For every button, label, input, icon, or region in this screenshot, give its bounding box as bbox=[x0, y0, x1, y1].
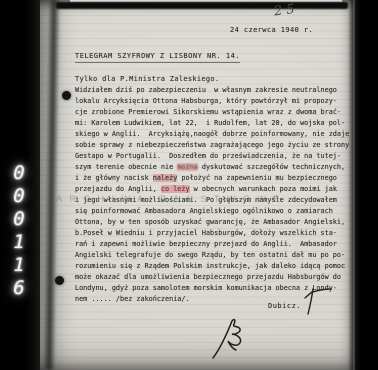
frame-digit: 6 bbox=[5, 277, 33, 300]
film-left-margin: 000116 bbox=[0, 0, 40, 370]
body-text: dyskutować szczegółów technicznych, bbox=[198, 163, 345, 171]
handwritten-paraph bbox=[298, 285, 334, 317]
body-text: cje zrobione Premierowi Sikorskiemu wstą… bbox=[75, 108, 341, 116]
body-line: Gestapo w Portugalii. Doszedłem do prześ… bbox=[75, 151, 351, 162]
punch-hole-top bbox=[62, 91, 71, 100]
body-line: lokalu Arcyksięcia Ottona Habsburga, któ… bbox=[75, 96, 351, 107]
frame-digit: 0 bbox=[5, 208, 33, 231]
frame-number-vertical: 000116 bbox=[5, 162, 33, 300]
signature-name: Dubicz. bbox=[268, 302, 301, 310]
body-text: rozumieniu się z Rządem Polskim instrukc… bbox=[75, 262, 345, 270]
body-text: sobie sprawy z niebezpieczeństwa zagraża… bbox=[75, 141, 349, 149]
date-line: 24 czerwca 1940 r. bbox=[230, 26, 313, 34]
body-text: Angielski telegrafuje do swego Rządu, by… bbox=[75, 251, 345, 259]
body-text: szym terenie obecnie nie bbox=[75, 163, 177, 171]
body-text: rań i zapewni możliwie bezpieczny przeja… bbox=[75, 240, 337, 248]
telegram-body: Widziałem dziś po zabezpieczeniu w własn… bbox=[75, 85, 351, 305]
body-text: w obecnych warunkach poza moimi jak bbox=[190, 185, 337, 193]
body-text: i że główny nacisk bbox=[75, 174, 153, 182]
page-top-shadow bbox=[56, 2, 348, 9]
body-line: się poinformować Ambasadora Angielskiego… bbox=[75, 206, 351, 217]
highlighted-word: można bbox=[177, 163, 197, 171]
body-line: mi: Karolem Ludwikiem, lat 22, i Rudolfe… bbox=[75, 118, 351, 129]
film-right-margin bbox=[348, 0, 378, 370]
body-text: Ottona, by w ten sposób uzyskać gwarancj… bbox=[75, 218, 345, 226]
frame-digit: 1 bbox=[5, 254, 33, 277]
body-line: rozumieniu się z Rządem Polskim instrukc… bbox=[75, 261, 351, 272]
body-text: Widziałem dziś po zabezpieczeniu w własn… bbox=[75, 86, 337, 94]
body-text: skiego w Anglii. Arcyksiążę,naogół dobrz… bbox=[75, 130, 349, 138]
body-text: b.Poseł w Wiedniu i przyjaciel Habsburgó… bbox=[75, 229, 337, 237]
body-line: przejazdu do Anglii, co leży w obecnych … bbox=[75, 184, 351, 195]
frame-digit: 1 bbox=[5, 231, 33, 254]
body-text: Gestapo w Portugalii. Doszedłem do prześ… bbox=[75, 152, 341, 160]
body-line: sobie sprawy z niebezpieczeństwa zagraża… bbox=[75, 140, 351, 151]
body-line: Widziałem dziś po zabezpieczeniu w własn… bbox=[75, 85, 351, 96]
body-text: lokalu Arcyksięcia Ottona Habsburga, któ… bbox=[75, 97, 337, 105]
body-text: przejazdu do Anglii, bbox=[75, 185, 161, 193]
frame-digit: 0 bbox=[5, 185, 33, 208]
body-text: położyć na zapewnieniu mu bezpiecznego bbox=[177, 174, 337, 182]
microfilm-frame: 25 24 czerwca 1940 r. TELEGRAM SZYFROWY … bbox=[0, 0, 378, 370]
document-page: 25 24 czerwca 1940 r. TELEGRAM SZYFROWY … bbox=[36, 0, 360, 370]
addressee-line: Tylko dla P.Ministra Zaleskiego. bbox=[75, 75, 219, 83]
body-text: i jego własnymi możliwościami. Po głębsz… bbox=[75, 196, 337, 204]
handwritten-initial bbox=[208, 316, 258, 362]
body-line: b.Poseł w Wiedniu i przyjaciel Habsburgó… bbox=[75, 228, 351, 239]
frame-digit: 0 bbox=[5, 162, 33, 185]
body-line: szym terenie obecnie nie można dyskutowa… bbox=[75, 162, 351, 173]
body-line: i jego własnymi możliwościami. Po głębsz… bbox=[75, 195, 351, 206]
body-line: cje zrobione Premierowi Sikorskiemu wstą… bbox=[75, 107, 351, 118]
body-text: nem ..... /bez zakończenia/. bbox=[75, 295, 190, 303]
body-line: Angielski telegrafuje do swego Rządu, by… bbox=[75, 250, 351, 261]
punch-hole-bottom bbox=[55, 276, 64, 285]
telegram-title: TELEGRAM SZYFROWY Z LISBONY NR. 14. bbox=[75, 52, 240, 63]
body-text: może okazać dla umożliwienia bezpieczneg… bbox=[75, 273, 341, 281]
body-line: rań i zapewni możliwie bezpieczny przeja… bbox=[75, 239, 351, 250]
body-text: się poinformować Ambasadora Angielskiego… bbox=[75, 207, 333, 215]
highlighted-word: należy bbox=[153, 174, 178, 182]
body-line: Ottona, by w ten sposób uzyskać gwarancj… bbox=[75, 217, 351, 228]
body-line: może okazać dla umożliwienia bezpieczneg… bbox=[75, 272, 351, 283]
body-line: skiego w Anglii. Arcyksiążę,naogół dobrz… bbox=[75, 129, 351, 140]
body-text: mi: Karolem Ludwikiem, lat 22, i Rudolfe… bbox=[75, 119, 345, 127]
page-number-handwritten: 25 bbox=[273, 2, 299, 20]
body-line: i że główny nacisk należy położyć na zap… bbox=[75, 173, 351, 184]
highlighted-word: co leży bbox=[161, 185, 190, 193]
film-edge-streak bbox=[353, 0, 355, 370]
